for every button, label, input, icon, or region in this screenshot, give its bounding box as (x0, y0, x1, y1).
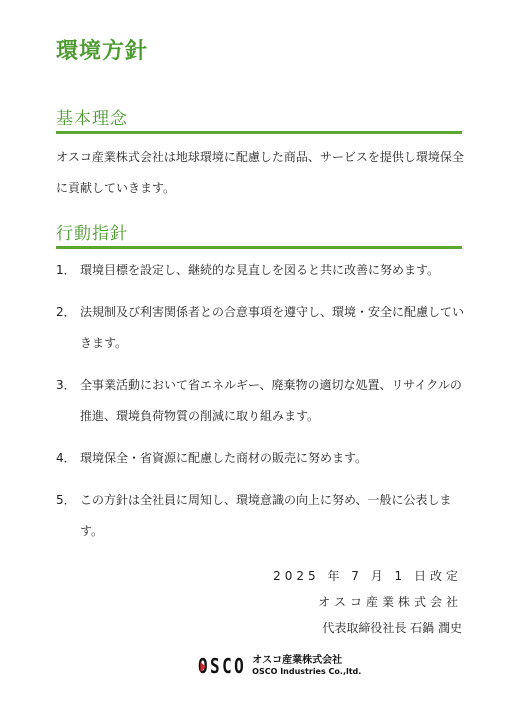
item-number: 2． (56, 297, 80, 359)
logo-triangle-icon (200, 662, 206, 672)
representative-name: 代表取締役社長 石鍋 潤史 (273, 615, 462, 641)
item-number: 1． (56, 255, 80, 286)
item-text: 環境保全・省資源に配慮した商材の販売に努めます。 (80, 443, 468, 474)
list-item: 4． 環境保全・省資源に配慮した商材の販売に努めます。 (56, 443, 468, 474)
page-title: 環境方針 (56, 34, 148, 65)
revision-date: 2025 年 7 月 1 日改定 (273, 563, 462, 589)
item-number: 3． (56, 370, 80, 432)
company-name: オスコ産業株式会社 (273, 589, 462, 615)
item-text: 環境目標を設定し、継続的な見直しを図ると共に改善に努めます。 (80, 255, 468, 286)
philosophy-text: オスコ産業株式会社は地球環境に配慮した商品、サービスを提供し環境保全に貢献してい… (56, 142, 468, 204)
list-item: 5． この方針は全社員に周知し、環境意識の向上に努め、一般に公表します。 (56, 485, 468, 547)
item-number: 4． (56, 443, 80, 474)
list-item: 3． 全事業活動において省エネルギー、廃棄物の適切な処置、リサイクルの推進、環境… (56, 370, 468, 432)
logo-name-jp: オスコ産業株式会社 (252, 655, 361, 666)
logo-text: オスコ産業株式会社 OSCO Industries Co.,ltd. (252, 655, 361, 677)
logo-name-en: OSCO Industries Co.,ltd. (252, 666, 361, 677)
section-heading-philosophy: 基本理念 (56, 104, 462, 134)
logo-mark: OSCO (198, 654, 246, 678)
list-item: 1． 環境目標を設定し、継続的な見直しを図ると共に改善に努めます。 (56, 255, 468, 286)
section-heading-guidelines: 行動指針 (56, 219, 462, 249)
company-logo: OSCO オスコ産業株式会社 OSCO Industries Co.,ltd. (198, 654, 361, 678)
signature-block: 2025 年 7 月 1 日改定 オスコ産業株式会社 代表取締役社長 石鍋 潤史 (273, 563, 462, 641)
item-number: 5． (56, 485, 80, 547)
item-text: この方針は全社員に周知し、環境意識の向上に努め、一般に公表します。 (80, 485, 468, 547)
list-item: 2． 法規制及び利害関係者との合意事項を遵守し、環境・安全に配慮していきます。 (56, 297, 468, 359)
item-text: 法規制及び利害関係者との合意事項を遵守し、環境・安全に配慮していきます。 (80, 297, 468, 359)
item-text: 全事業活動において省エネルギー、廃棄物の適切な処置、リサイクルの推進、環境負荷物… (80, 370, 468, 432)
guidelines-list: 1． 環境目標を設定し、継続的な見直しを図ると共に改善に努めます。 2． 法規制… (56, 255, 468, 558)
